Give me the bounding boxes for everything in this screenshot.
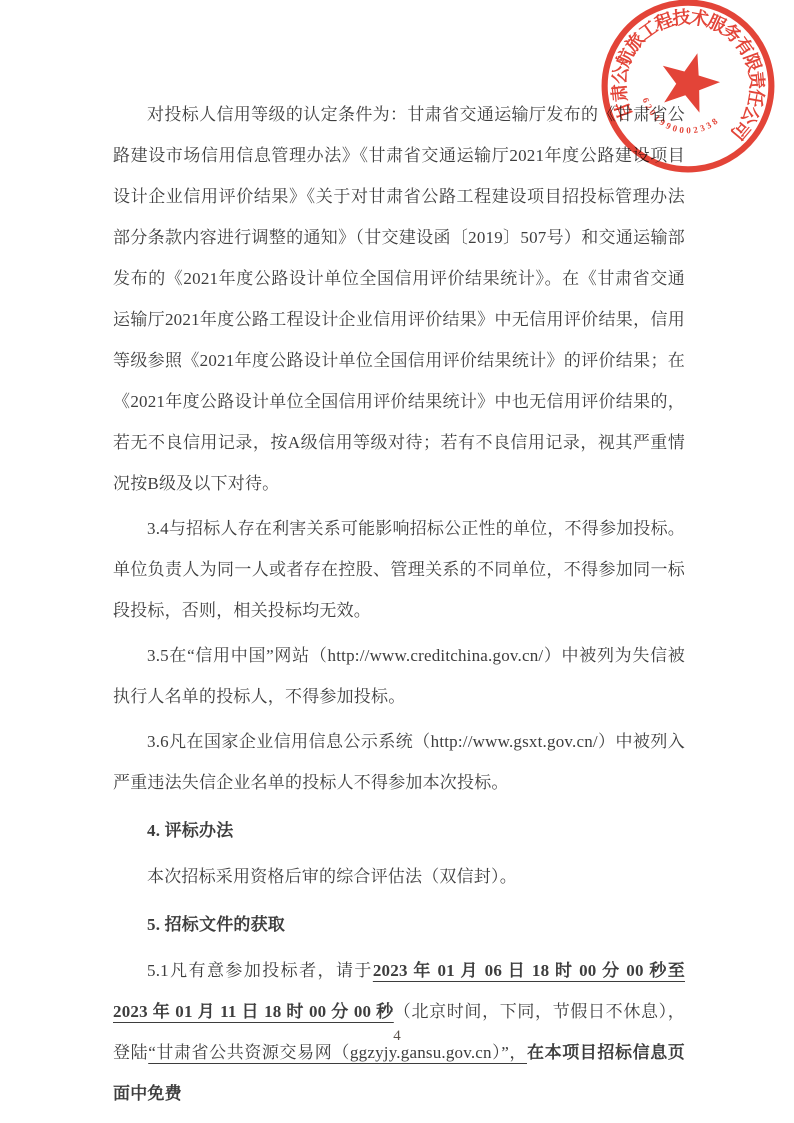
paragraph: 对投标人信用等级的认定条件为：甘肃省交通运输厅发布的《甘肃省公路建设市场信用信息… (113, 94, 685, 504)
text-run: 4. 评标办法 (147, 821, 233, 840)
text-run: 5. 招标文件的获取 (147, 915, 285, 934)
text-run: 本次招标采用资格后审的综合评估法（双信封）。 (147, 867, 517, 886)
section-heading: 5. 招标文件的获取 (113, 904, 685, 945)
document-page: 对投标人信用等级的认定条件为：甘肃省交通运输厅发布的《甘肃省公路建设市场信用信息… (0, 0, 794, 1123)
paragraph: 3.4与招标人存在利害关系可能影响招标公正性的单位，不得参加投标。单位负责人为同… (113, 508, 685, 631)
paragraph: 本次招标采用资格后审的综合评估法（双信封）。 (113, 856, 685, 897)
text-run: 3.6凡在国家企业信用信息公示系统（http://www.gsxt.gov.cn… (113, 732, 685, 792)
section-heading: 4. 评标办法 (113, 810, 685, 851)
text-run: 5.1凡有意参加投标者，请于 (147, 961, 373, 980)
paragraph: 3.6凡在国家企业信用信息公示系统（http://www.gsxt.gov.cn… (113, 721, 685, 803)
text-run: 3.4与招标人存在利害关系可能影响招标公正性的单位，不得参加投标。单位负责人为同… (113, 519, 685, 620)
text-run: “甘肃省公共资源交易网（ggzyjy.gansu.gov.cn）”， (148, 1043, 527, 1062)
document-body: 对投标人信用等级的认定条件为：甘肃省交通运输厅发布的《甘肃省公路建设市场信用信息… (113, 94, 685, 1118)
page-number: 4 (0, 1028, 794, 1045)
paragraph: 3.5在“信用中国”网站（http://www.creditchina.gov.… (113, 635, 685, 717)
text-run: 对投标人信用等级的认定条件为：甘肃省交通运输厅发布的《甘肃省公路建设市场信用信息… (113, 105, 685, 493)
text-run: 3.5在“信用中国”网站（http://www.creditchina.gov.… (113, 646, 685, 706)
